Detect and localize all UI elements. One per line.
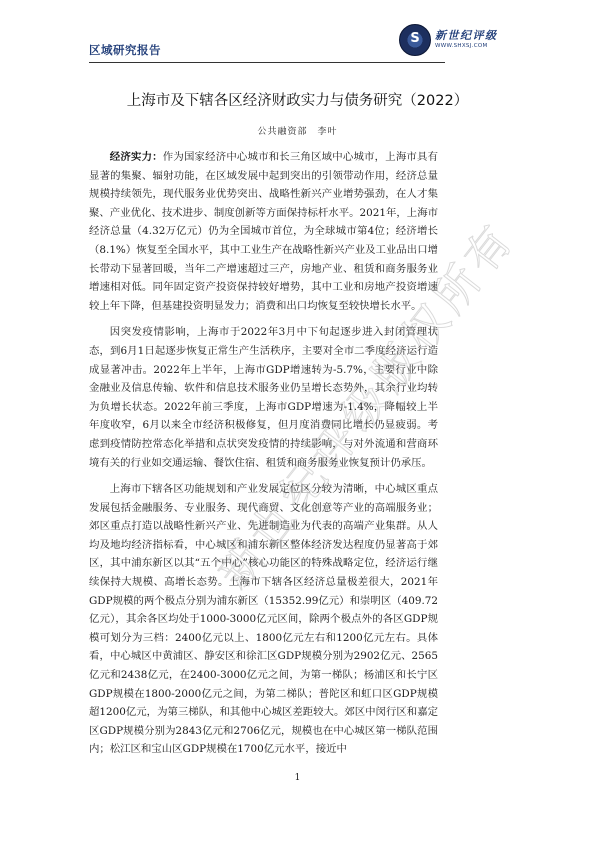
paragraph-text: 因突发疫情影响，上海市于2022年3月中下旬起逐步进入封闭管理状态，到6月1日起…: [89, 326, 438, 468]
paragraph-lead: 经济实力：: [110, 151, 163, 163]
page-number: 1: [0, 773, 595, 783]
document-body: 经济实力：作为国家经济中心城市和长三角区域中心城市，上海市具有显著的集聚、辐射功…: [89, 148, 438, 767]
paragraph-economic-strength: 经济实力：作为国家经济中心城市和长三角区域中心城市，上海市具有显著的集聚、辐射功…: [89, 148, 438, 315]
header-divider: [89, 62, 445, 63]
shxsj-emblem-icon: [399, 24, 431, 56]
byline: 公共融资部 李叶: [0, 124, 595, 137]
logo-url: WWW.SHXSJ.COM: [435, 43, 488, 49]
section-label: 区域研究报告: [89, 42, 161, 58]
logo-name: 新世纪评级: [435, 27, 498, 43]
paragraph-district-overview: 上海市下辖各区功能规划和产业发展定位区分较为清晰，中心城区重点发展包括金融服务、…: [89, 480, 438, 759]
paragraph-pandemic-impact: 因突发疫情影响，上海市于2022年3月中下旬起逐步进入封闭管理状态，到6月1日起…: [89, 323, 438, 472]
logo: 新世纪评级 WWW.SHXSJ.COM: [399, 24, 529, 58]
document-title: 上海市及下辖各区经济财政实力与债务研究（2022）: [0, 89, 595, 110]
paragraph-text: 上海市下辖各区功能规划和产业发展定位区分较为清晰，中心城区重点发展包括金融服务、…: [89, 483, 438, 755]
page-header: 区域研究报告 新世纪评级 WWW.SHXSJ.COM: [89, 20, 445, 62]
paragraph-text: 作为国家经济中心城市和长三角区域中心城市，上海市具有显著的集聚、辐射功能，在区域…: [89, 151, 438, 312]
